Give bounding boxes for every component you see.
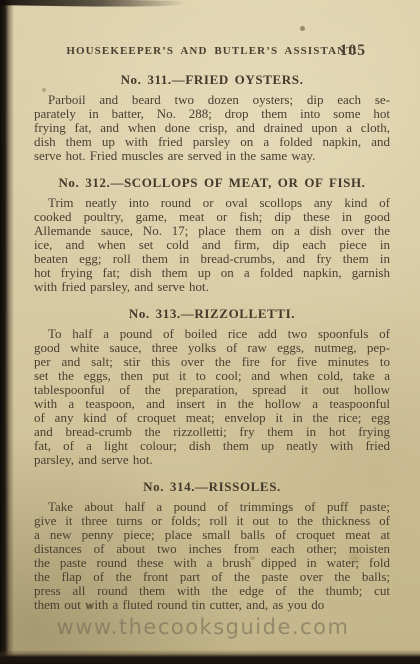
recipe-section: No. 313.—RIZZOLLETTI. To half a pound of… [34, 306, 390, 467]
section-paragraph: Trim neatly into round or oval scollops … [34, 196, 390, 294]
section-heading: No. 311.—FRIED OYSTERS. [34, 72, 390, 88]
text-line: frying fat, and when done crisp, and dra… [34, 121, 390, 135]
section-heading: No. 313.—RIZZOLLETTI. [34, 306, 390, 322]
text-line: cooked poultry, game, meat or fish; dip … [34, 210, 390, 224]
section-paragraph: Parboil and beard two dozen oysters; dip… [34, 93, 390, 163]
page-number: 105 [340, 42, 366, 60]
text-line: and bread-crumb the rizzolletti; fry the… [34, 425, 390, 439]
text-line: serve hot. Fried muscles are served in t… [34, 149, 390, 163]
text-line: Parboil and beard two dozen oysters; dip… [34, 93, 390, 107]
page-edge-bottom-shadow [0, 650, 420, 664]
text-line: dish them up with fried parsley on a fol… [34, 135, 390, 149]
text-line: Allemande sauce, No. 17; place them on a… [34, 224, 390, 238]
text-line: a new penny piece; place small balls of … [34, 528, 390, 542]
text-line: good white sauce, three yolks of raw egg… [34, 341, 390, 355]
recipe-section: No. 311.—FRIED OYSTERS. Parboil and bear… [34, 72, 390, 163]
text-line: them out with a fluted round tin cutter,… [34, 598, 390, 612]
text-line: Trim neatly into round or oval scollops … [34, 196, 390, 210]
text-line: the paste round these with a brush dippe… [34, 556, 390, 570]
recipe-section: No. 312.—SCOLLOPS OF MEAT, OR OF FISH. T… [34, 175, 390, 294]
text-line: hot frying fat; dish them up on a folded… [34, 266, 390, 280]
text-line: with a teaspoon, and insert in the hollo… [34, 397, 390, 411]
recipe-section: No. 314.—RISSOLES. Take about half a pou… [34, 479, 390, 612]
text-line: the flap of the front part of the paste … [34, 570, 390, 584]
text-line: Take about half a pound of trimmings of … [34, 500, 390, 514]
text-line: with fried parsley, and serve hot. [34, 280, 390, 294]
text-line: tablespoonful of the preparation, spread… [34, 383, 390, 397]
page-edge-left-gutter [0, 0, 14, 664]
text-line: To half a pound of boiled rice add two s… [34, 327, 390, 341]
text-line: per and salt; stir this over the fire fo… [34, 355, 390, 369]
section-paragraph: To half a pound of boiled rice add two s… [34, 327, 390, 467]
running-head: HOUSEKEEPER’S AND BUTLER’S ASSISTANT. 10… [34, 45, 390, 60]
text-line: distances of about two inches from each … [34, 542, 390, 556]
text-line: parately in batter, No. 288; drop them i… [34, 107, 390, 121]
running-head-title: HOUSEKEEPER’S AND BUTLER’S ASSISTANT. [66, 45, 357, 57]
text-line: fat, of a light colour; dish them up nea… [34, 439, 390, 453]
watermark-text: www.thecooksguide.com [0, 615, 406, 639]
section-paragraph: Take about half a pound of trimmings of … [34, 500, 390, 612]
text-line: parsley, and serve hot. [34, 453, 390, 467]
text-line: of any kind of croquet meat; envelop it … [34, 411, 390, 425]
section-heading: No. 312.—SCOLLOPS OF MEAT, OR OF FISH. [34, 175, 390, 191]
sections: No. 311.—FRIED OYSTERS. Parboil and bear… [34, 72, 390, 612]
section-heading: No. 314.—RISSOLES. [34, 479, 390, 495]
book-page-scan: HOUSEKEEPER’S AND BUTLER’S ASSISTANT. 10… [0, 0, 420, 664]
text-line: beaten egg; roll them in bread-crumbs, a… [34, 252, 390, 266]
text-line: press all round them with the edge of th… [34, 584, 390, 598]
text-line: set the eggs, then put it to cool; and w… [34, 369, 390, 383]
text-line: ice, and when set cold and firm, dip eac… [34, 238, 390, 252]
text-column: HOUSEKEEPER’S AND BUTLER’S ASSISTANT. 10… [34, 0, 390, 612]
text-line: give it three turns or folds; roll it ou… [34, 514, 390, 528]
